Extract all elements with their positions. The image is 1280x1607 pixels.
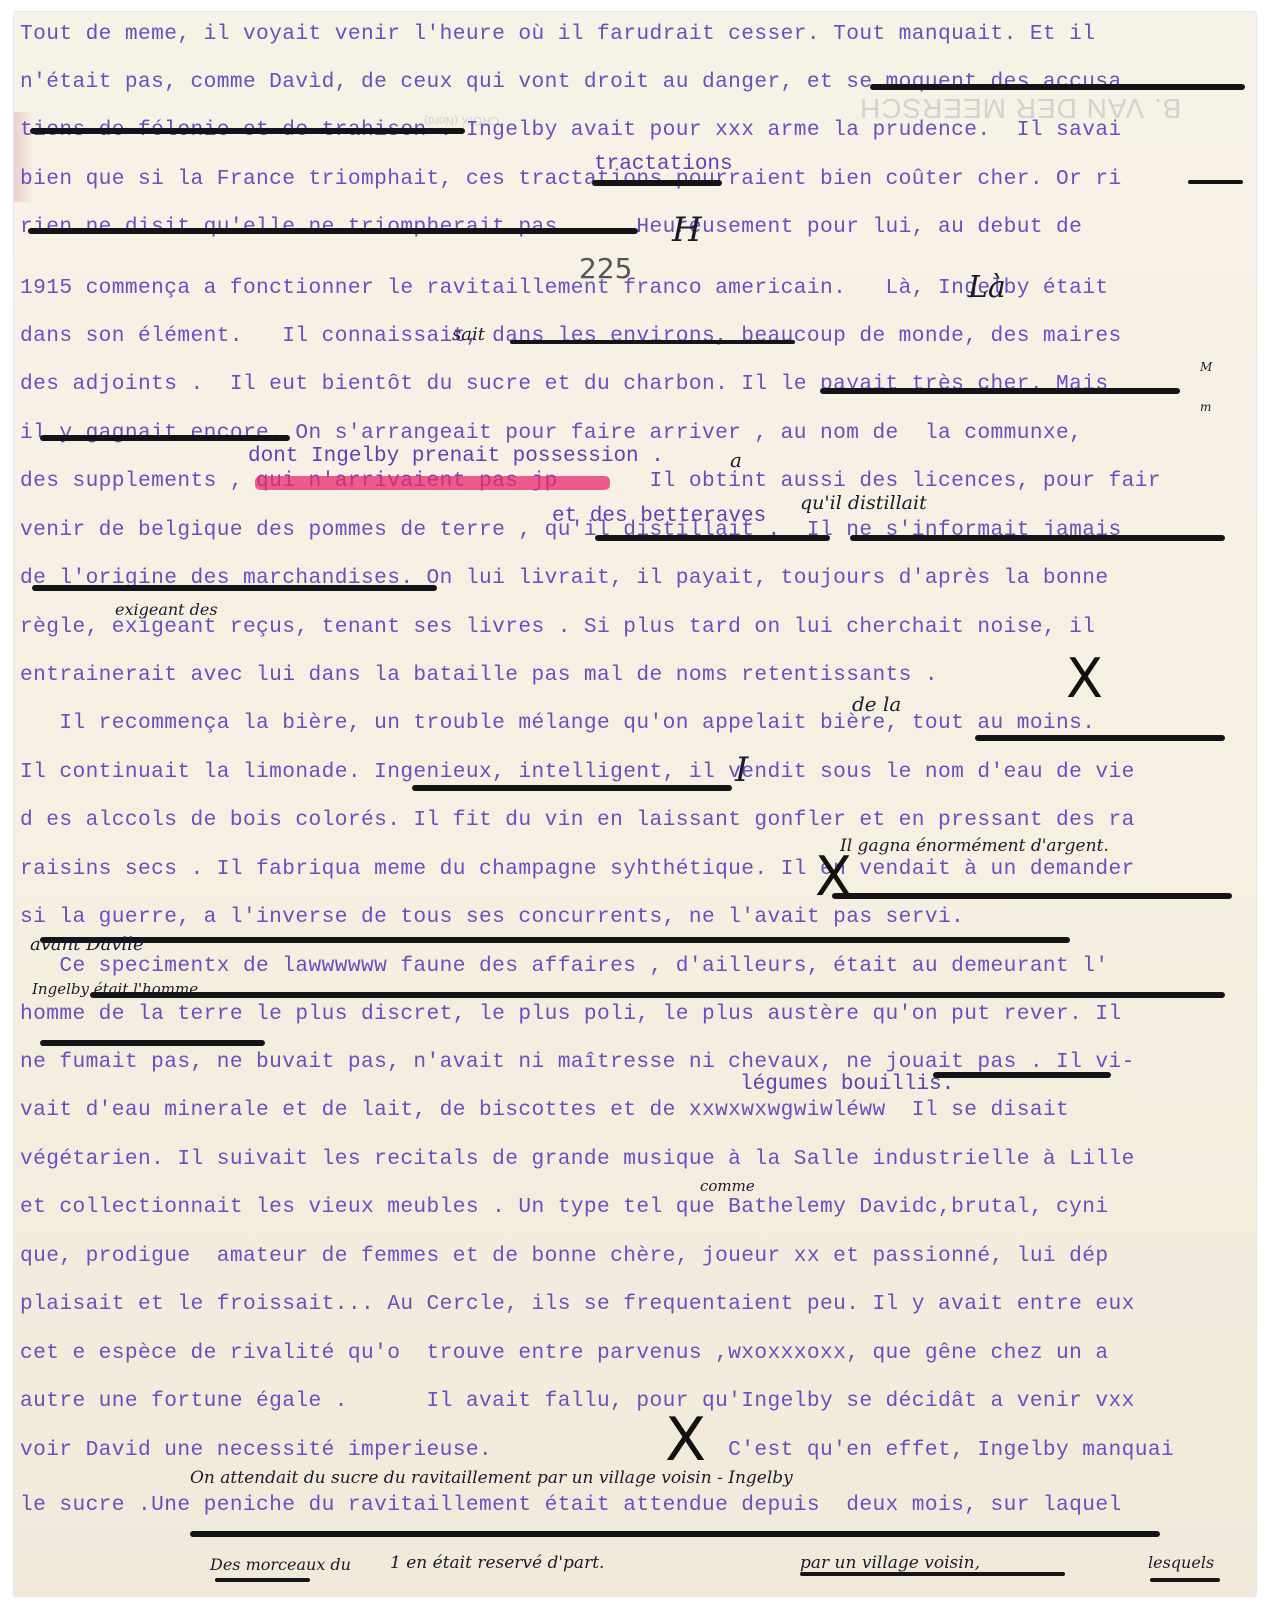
- interlinear-insertion: tractations: [594, 153, 733, 176]
- strikethrough: [820, 388, 1180, 394]
- handwritten-note: Des morceaux du: [210, 1555, 351, 1574]
- strikethrough: [1188, 180, 1243, 184]
- handwritten-note: exigeant des: [115, 600, 218, 619]
- typed-line: d es alccols de bois colorés. Il fit du …: [20, 808, 1135, 832]
- typed-line: Tout de meme, il voyait venir l'heure où…: [20, 22, 1095, 46]
- typed-line: bien que si la France triomphait, ces tr…: [20, 167, 1122, 191]
- strikethrough: [32, 585, 437, 591]
- handwritten-note: avant Davlle: [30, 934, 144, 955]
- strikethrough: [190, 1531, 1160, 1537]
- typed-line: autre une fortune égale . Il avait fallu…: [20, 1389, 1135, 1413]
- typed-line: n'était pas, comme Davìd, de ceux qui vo…: [20, 70, 1122, 94]
- highlight-strikethrough: [255, 476, 610, 490]
- strikethrough: [40, 1040, 265, 1046]
- handwritten-note: de la: [852, 692, 901, 716]
- strikethrough: [90, 992, 1225, 998]
- typed-line: rien ne disit qu'elle ne triompherait pa…: [20, 215, 1082, 239]
- typed-line: Ce specimentx de lawwwwww faune des affa…: [20, 954, 1109, 978]
- typed-line: raisins secs . Il fabriqua meme du champ…: [20, 857, 1135, 881]
- strikethrough: [832, 893, 1232, 899]
- typed-line: cet e espèce de rivalité qu'o trouve ent…: [20, 1341, 1109, 1365]
- handwritten-note: a: [730, 448, 742, 472]
- strikethrough: [40, 435, 290, 441]
- handwritten-note: M: [1200, 360, 1212, 374]
- handwritten-note: lesquels: [1148, 1553, 1214, 1572]
- typed-line: vait d'eau minerale et de lait, de bisco…: [20, 1098, 1069, 1122]
- handwritten-note: 1 en était reservé d'part.: [390, 1553, 604, 1573]
- strikethrough: [1150, 1578, 1220, 1582]
- strikethrough: [933, 1072, 1111, 1078]
- handwritten-note: comme: [700, 1177, 755, 1195]
- strikethrough: [850, 535, 1225, 541]
- typed-line: si la guerre, a l'inverse de tous ses co…: [20, 905, 964, 929]
- typed-line: homme de la terre le plus discret, le pl…: [20, 1002, 1122, 1026]
- strikethrough: [592, 180, 722, 186]
- interlinear-insertion: légumes bouillis.: [740, 1073, 954, 1096]
- typed-line: 1915 commença a fonctionner le ravitaill…: [20, 276, 1109, 300]
- strikethrough: [412, 785, 732, 791]
- typed-line: et collectionnait les vieux meubles . Un…: [20, 1195, 1109, 1219]
- handwritten-note: qu'il distillait: [800, 492, 927, 514]
- x-mark: X: [665, 1410, 706, 1470]
- typed-line: ne fumait pas, ne buvait pas, n'avait ni…: [20, 1050, 1135, 1074]
- typed-line: plaisait et le froissait... Au Cercle, i…: [20, 1292, 1135, 1316]
- typed-line: Il continuait la limonade. Ingenieux, in…: [20, 760, 1135, 784]
- x-mark: X: [1066, 652, 1103, 706]
- typed-line: que, prodigue amateur de femmes et de bo…: [20, 1244, 1109, 1268]
- typed-line: voir David une necessité imperieuse. C'e…: [20, 1438, 1174, 1462]
- typed-line: végétarien. Il suivait les recitals de g…: [20, 1147, 1135, 1171]
- handwritten-note: Il gagna énormément d'argent.: [840, 836, 1109, 856]
- typed-line: il y gagnait encore. On s'arrangeait pou…: [20, 421, 1082, 445]
- interlinear-insertion: dont Ingelby prenait possession .: [248, 445, 664, 468]
- handwritten-note: m: [1200, 400, 1211, 414]
- x-mark: X: [815, 850, 852, 904]
- handwritten-note: I: [735, 750, 748, 790]
- strikethrough: [595, 535, 830, 541]
- interlinear-insertion: et des betteraves: [552, 505, 766, 528]
- handwritten-note: Là: [968, 270, 1006, 305]
- typed-line: le sucre .Une peniche du ravitaillement …: [20, 1493, 1122, 1517]
- strikethrough: [30, 128, 465, 134]
- typed-line: dans son élément. Il connaissait, dans l…: [20, 324, 1122, 348]
- handwritten-note: Ingelby était l'homme: [32, 980, 198, 998]
- handwritten-note: par un village voisin,: [800, 1553, 980, 1573]
- handwritten-note: H: [672, 210, 702, 250]
- strikethrough: [215, 1578, 310, 1582]
- strikethrough: [975, 735, 1225, 741]
- strikethrough: [28, 228, 638, 234]
- strikethrough: [40, 937, 1070, 943]
- typed-line: entrainerait avec lui dans la bataille p…: [20, 663, 938, 687]
- typed-line: Il recommença la bière, un trouble mélan…: [20, 711, 1095, 735]
- strikethrough: [870, 84, 1245, 90]
- strikethrough: [510, 340, 795, 344]
- handwritten-note: sait: [452, 324, 485, 345]
